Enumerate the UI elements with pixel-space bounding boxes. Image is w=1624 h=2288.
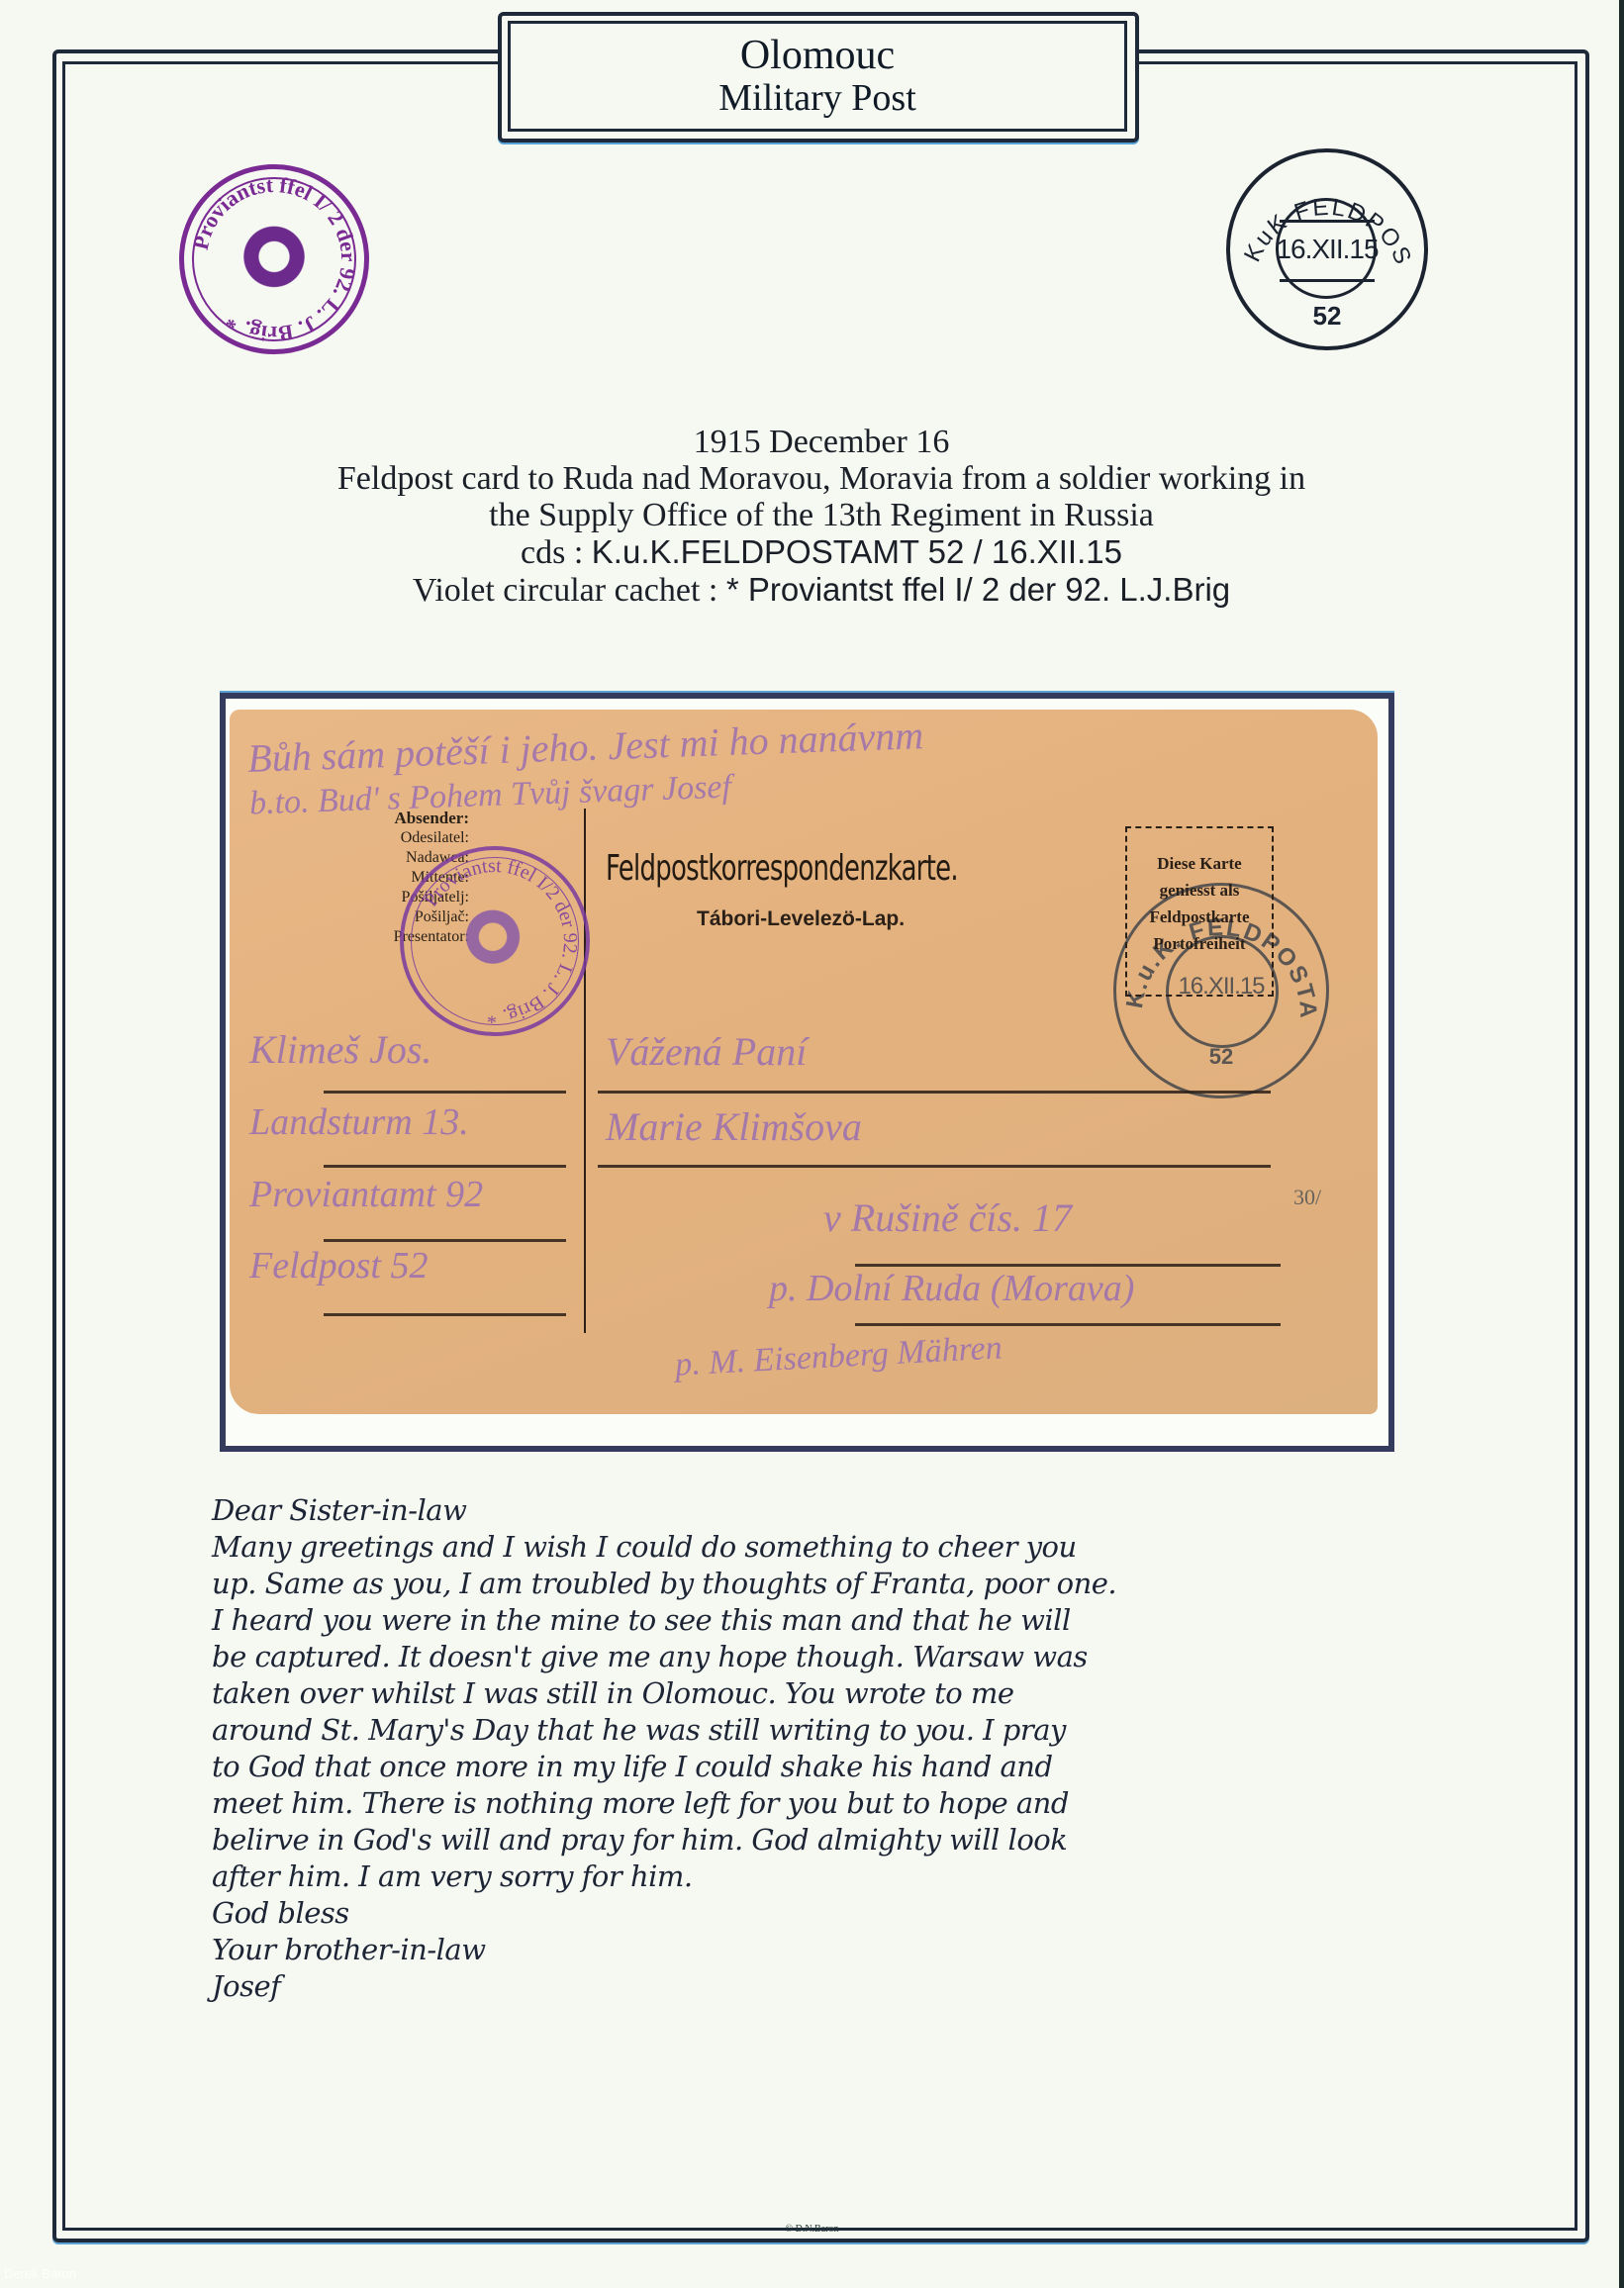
title-box-inner: Olomouc Military Post: [508, 21, 1127, 132]
caption-line: the Supply Office of the 13th Regiment i…: [178, 497, 1465, 533]
page-subtitle: Military Post: [718, 77, 916, 119]
address-handwriting: p. Dolní Ruda (Morava): [769, 1267, 1134, 1310]
cds-date: 16.XII.15: [1274, 234, 1381, 265]
letter-line: around St. Mary's Day that he was still …: [212, 1712, 1419, 1749]
cachet-ring-text: Proviantst ffel I/ 2 der 92. L. J. Brig.…: [184, 169, 364, 349]
copyright: © D.N.Baron: [0, 2224, 1624, 2235]
card-title: Feldpostkorrespondenzkarte.: [606, 848, 958, 889]
letter-line: meet him. There is nothing more left for…: [212, 1785, 1419, 1822]
letter-line: I heard you were in the mine to see this…: [212, 1602, 1419, 1639]
postcard-image: Bůh sám potěší i jeho. Jest mi ho nanávn…: [230, 710, 1378, 1414]
letter-line: up. Same as you, I am troubled by though…: [212, 1566, 1419, 1602]
sender-handwriting: Landsturm 13.: [249, 1100, 469, 1144]
caption-date: 1915 December 16: [178, 424, 1465, 460]
caption-cds: cds : K.u.K.FELDPOSTAMT 52 / 16.XII.15: [178, 533, 1465, 571]
violet-cachet-icon: Proviantst ffel I/ 2 der 92. L. J. Brig.…: [179, 164, 369, 354]
address-handwriting: Vážená Paní: [606, 1028, 807, 1075]
sender-handwriting: Feldpost 52: [249, 1244, 428, 1287]
watermark: Derek Baron: [4, 2266, 76, 2281]
card-subtitle: Tábori-Levelezö-Lap.: [697, 907, 905, 931]
letter-line: be captured. It doesn't give me any hope…: [212, 1639, 1419, 1675]
letter-line: God bless: [212, 1895, 1419, 1932]
svg-text:Proviantst ffel I/2 der 92. L.: Proviantst ffel I/2 der 92. L. J. Brig. …: [420, 855, 581, 1027]
sender-handwriting: Klimeš Jos.: [249, 1026, 431, 1073]
letter-line: after him. I am very sorry for him.: [212, 1859, 1419, 1895]
svg-text:Proviantst ffel I/ 2 der 92. L: Proviantst ffel I/ 2 der 92. L. J. Brig.…: [188, 172, 361, 346]
address-handwriting: v Rušině čís. 17: [823, 1194, 1072, 1241]
caption-cachet: Violet circular cachet : * Proviantst ff…: [178, 571, 1465, 609]
cds-postmark-icon: KuK FELDPOSTAMT 16.XII.15 52: [1226, 148, 1428, 350]
letter-line: to God that once more in my life I could…: [212, 1749, 1419, 1785]
letter-line: Dear Sister-in-law: [212, 1492, 1419, 1529]
sender-handwriting: Proviantamt 92: [249, 1173, 483, 1216]
letter-line: taken over whilst I was still in Olomouc…: [212, 1675, 1419, 1712]
caption-line: Feldpost card to Ruda nad Moravou, Morav…: [178, 460, 1465, 497]
postage-free-box: Diese Karte geniesst als Feldpostkarte P…: [1125, 826, 1274, 997]
address-handwriting: p. M. Eisenberg Mähren: [674, 1329, 1003, 1383]
handwriting-top: Bůh sám potěší i jeho. Jest mi ho nanávn…: [246, 712, 923, 782]
scan-edge: [1619, 0, 1624, 2288]
letter-line: belirve in God's will and pray for him. …: [212, 1822, 1419, 1859]
page-title: Olomouc: [740, 34, 895, 77]
letter-line: Your brother-in-law: [212, 1932, 1419, 1968]
pencil-note: 30/: [1293, 1185, 1321, 1210]
address-handwriting: Marie Klimšova: [606, 1103, 862, 1150]
cds-number: 52: [1230, 301, 1424, 332]
letter-translation: Dear Sister-in-law Many greetings and I …: [212, 1492, 1419, 2005]
item-description: 1915 December 16 Feldpost card to Ruda n…: [178, 424, 1465, 609]
letter-line: Josef: [212, 1968, 1419, 2005]
letter-line: Many greetings and I wish I could do som…: [212, 1529, 1419, 1566]
card-violet-cachet-icon: Proviantst ffel I/2 der 92. L. J. Brig. …: [400, 846, 590, 1036]
